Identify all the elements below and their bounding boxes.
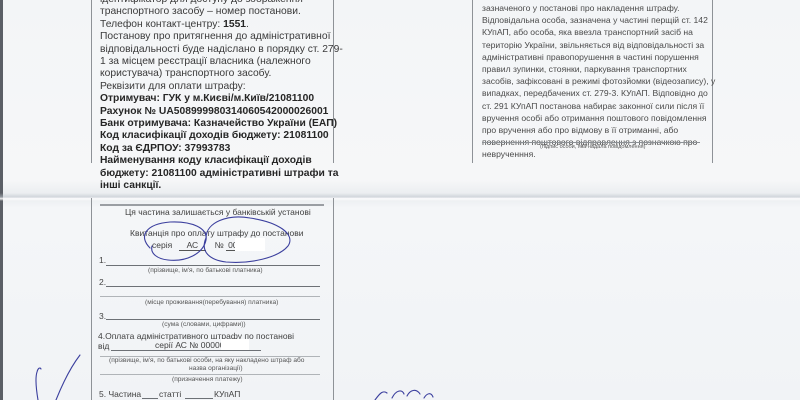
notice-line: неврученння.: [482, 148, 742, 160]
legal-notice-block: зазначеного у постанові про накладення ш…: [482, 2, 742, 161]
notice-line: про вручення або про відмову в її отрима…: [482, 124, 742, 136]
series-label: серія: [152, 240, 172, 250]
notice-line: засобів, зафіксовані в режимі фотозйомки…: [482, 75, 742, 87]
info-line: користувача) транспортного засобу.: [100, 68, 343, 80]
signature-line: [482, 142, 700, 143]
info-line: Постанову про притягнення до адміністрат…: [100, 31, 343, 43]
info-line: 1 за місцем реєстрації власника (належно…: [100, 56, 343, 68]
receipt-top-rule: [100, 204, 324, 206]
receipt-border-left: [91, 198, 92, 400]
recipient: Отримувач: ГУК у м.Києві/м.Київ/21081100: [100, 93, 343, 105]
paper-fold: [0, 193, 800, 201]
field-2-line-extra[interactable]: [100, 296, 320, 297]
field-2-line[interactable]: [106, 286, 320, 287]
item-5-part-line[interactable]: [142, 398, 158, 399]
right-box-border-left: [472, 0, 473, 163]
item-5-code-label: КУпАП: [214, 389, 240, 399]
info-line: відповідальності буде надіслано в порядк…: [100, 44, 343, 56]
contact-number: 1551: [223, 19, 246, 30]
edrpou-code: Код за ЄДРПОУ: 37993783: [100, 143, 343, 155]
fine-info-block: ідентифікатор для доступу до зображення …: [100, 0, 343, 193]
item-4-line[interactable]: [111, 350, 261, 351]
budget-code: Код класифікації доходів бюджету: 210811…: [100, 130, 343, 142]
purpose-caption: (призначення платежу): [172, 376, 243, 383]
item-5-article-line[interactable]: [185, 398, 213, 399]
purpose-line[interactable]: [100, 374, 320, 375]
notice-line: адміністративні правопорушення в частині…: [482, 51, 742, 63]
payment-details-heading: Реквізити для оплати штрафу:: [100, 81, 343, 93]
field-2-caption: (місце проживання(перебування) платника): [145, 299, 278, 306]
redaction-box: [221, 339, 249, 350]
field-3-line[interactable]: [106, 319, 320, 320]
notice-line: вручення особі або отримання поштового п…: [482, 112, 742, 124]
item-4-series: серії АС № 00000: [155, 340, 224, 350]
notice-line: Відповідальна особа, зазначена у частині…: [482, 14, 742, 26]
item-5-label: 5. Частина: [99, 389, 141, 399]
redaction-box: [235, 238, 265, 251]
notice-line: ст. 291 КУпАП постанова набирає законної…: [482, 100, 742, 112]
notice-line: КУпАП, або особа, яка ввезла транспортни…: [482, 26, 742, 38]
notice-line: правил зупинки, стоянки, паркування тран…: [482, 63, 742, 75]
recipient-bank: Банк отримувача: Казначейство України (Е…: [100, 118, 343, 130]
item-4-caption: назва організації): [189, 365, 243, 372]
item-4-from-label: від: [98, 341, 109, 351]
budget-code-name: інші санкції.: [100, 180, 343, 192]
bank-copy-note: Ця частина залишається у банківській уст…: [125, 207, 311, 217]
budget-code-name: Найменування коду класифікації доходів: [100, 155, 343, 167]
receipt-title: Квитанція про оплату штрафу до постанови: [130, 228, 304, 238]
signature-caption: (підпис особи, яка надала повідомлення): [540, 144, 645, 150]
account-number: Рахунок № UA508999980314060542000026001: [100, 106, 343, 118]
field-1-number: 1.: [99, 255, 106, 265]
field-1-caption: (прізвище, ім'я, по батькові платника): [148, 267, 263, 274]
field-3-caption: (сума (словами, цифрами)): [162, 321, 246, 328]
notice-line: випадках, передбачених ст. 279-3. КУпАП.…: [482, 87, 742, 99]
contact-center-line: Телефон контакт-центру: 1551.: [100, 19, 343, 31]
left-box-border-left: [91, 0, 92, 163]
item-4-caption: (прізвище, ім'я, по батькові особи, на я…: [109, 357, 304, 364]
receipt-border-right: [333, 198, 334, 400]
notice-line: територію України, звільняється від відп…: [482, 39, 742, 51]
budget-code-name: бюджету: 21081100 адміністративні штрафи…: [100, 168, 343, 180]
field-1-line[interactable]: [106, 265, 320, 266]
info-line: транспортного засобу – номер постанови.: [100, 6, 343, 18]
notice-line: зазначеного у постанові про накладення ш…: [482, 2, 742, 14]
item-5-article-label: статті: [159, 389, 181, 399]
series-value: АС: [179, 240, 207, 251]
number-label: №: [215, 240, 224, 250]
